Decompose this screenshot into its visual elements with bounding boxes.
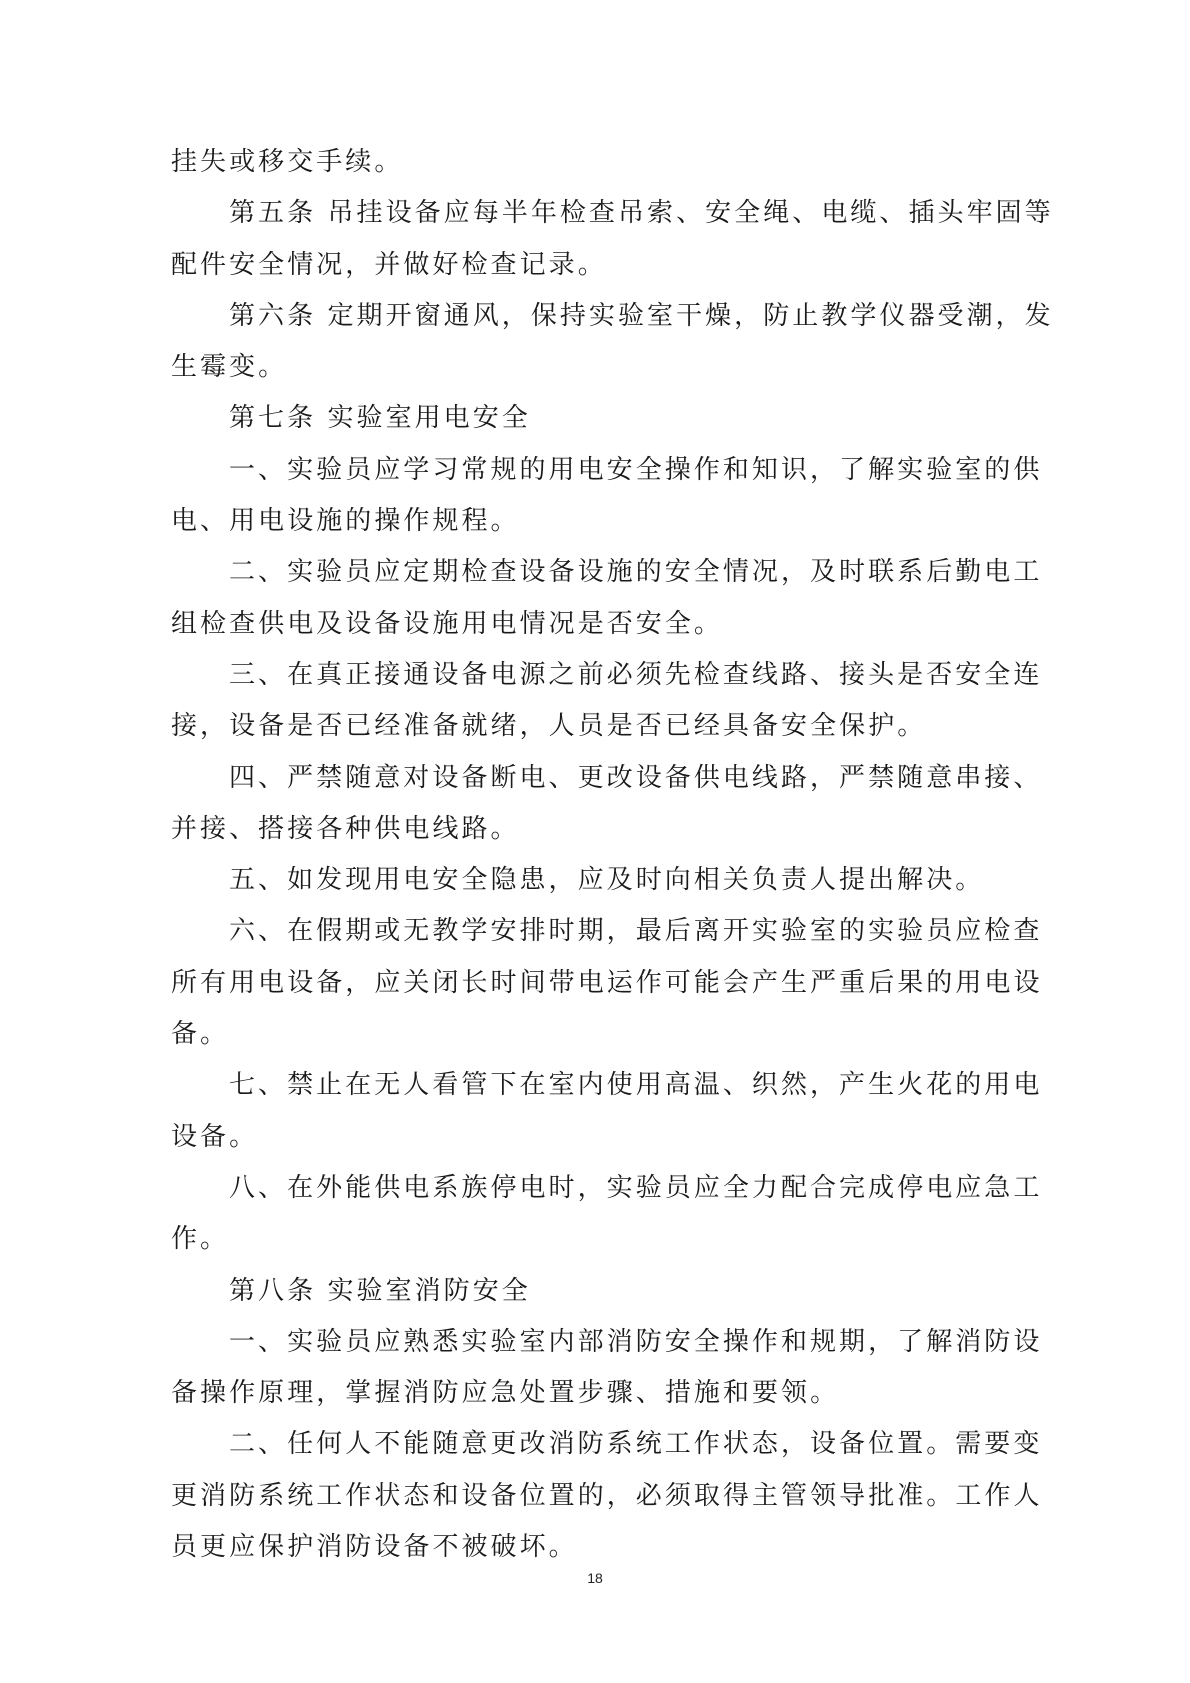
text-line: 生霉变。	[171, 345, 1013, 396]
text-line: 更消防系统工作状态和设备位置的，必须取得主管领导批准。工作人	[171, 1474, 1013, 1525]
clause-line: 二、任何人不能随意更改消防系统工作状态，设备位置。需要变	[171, 1422, 1013, 1473]
article-5-line: 第五条 吊挂设备应每半年检查吊索、安全绳、电缆、插头牢固等	[171, 191, 1013, 242]
document-body: 挂失或移交手续。 第五条 吊挂设备应每半年检查吊索、安全绳、电缆、插头牢固等 配…	[171, 140, 1013, 1576]
clause-line: 三、在真正接通设备电源之前必须先检查线路、接头是否安全连	[171, 653, 1013, 704]
clause-line: 七、禁止在无人看管下在室内使用高温、织然，产生火花的用电	[171, 1063, 1013, 1114]
clause-line: 一、实验员应学习常规的用电安全操作和知识，了解实验室的供	[171, 448, 1013, 499]
text-line: 电、用电设施的操作规程。	[171, 499, 1013, 550]
text-line: 员更应保护消防设备不被破坏。	[171, 1525, 1013, 1576]
text-line: 作。	[171, 1217, 1013, 1268]
text-line: 组检查供电及设备设施用电情况是否安全。	[171, 602, 1013, 653]
text-line: 所有用电设备，应关闭长时间带电运作可能会产生严重后果的用电设	[171, 961, 1013, 1012]
article-7-heading: 第七条 实验室用电安全	[171, 396, 1013, 447]
page-number: 18	[0, 1570, 1190, 1586]
text-line: 并接、搭接各种供电线路。	[171, 807, 1013, 858]
clause-line: 五、如发现用电安全隐患，应及时向相关负责人提出解决。	[171, 858, 1013, 909]
text-line: 配件安全情况，并做好检查记录。	[171, 243, 1013, 294]
clause-line: 二、实验员应定期检查设备设施的安全情况，及时联系后勤电工	[171, 550, 1013, 601]
clause-line: 八、在外能供电系族停电时，实验员应全力配合完成停电应急工	[171, 1166, 1013, 1217]
clause-line: 六、在假期或无教学安排时期，最后离开实验室的实验员应检查	[171, 909, 1013, 960]
text-line: 设备。	[171, 1115, 1013, 1166]
article-6-line: 第六条 定期开窗通风，保持实验室干燥，防止教学仪器受潮，发	[171, 294, 1013, 345]
text-line: 接，设备是否已经准备就绪，人员是否已经具备安全保护。	[171, 704, 1013, 755]
text-line: 备。	[171, 1012, 1013, 1063]
clause-line: 四、严禁随意对设备断电、更改设备供电线路，严禁随意串接、	[171, 756, 1013, 807]
clause-line: 一、实验员应熟悉实验室内部消防安全操作和规期，了解消防设	[171, 1320, 1013, 1371]
article-8-heading: 第八条 实验室消防安全	[171, 1269, 1013, 1320]
text-line: 备操作原理，掌握消防应急处置步骤、措施和要领。	[171, 1371, 1013, 1422]
text-line: 挂失或移交手续。	[171, 140, 1013, 191]
